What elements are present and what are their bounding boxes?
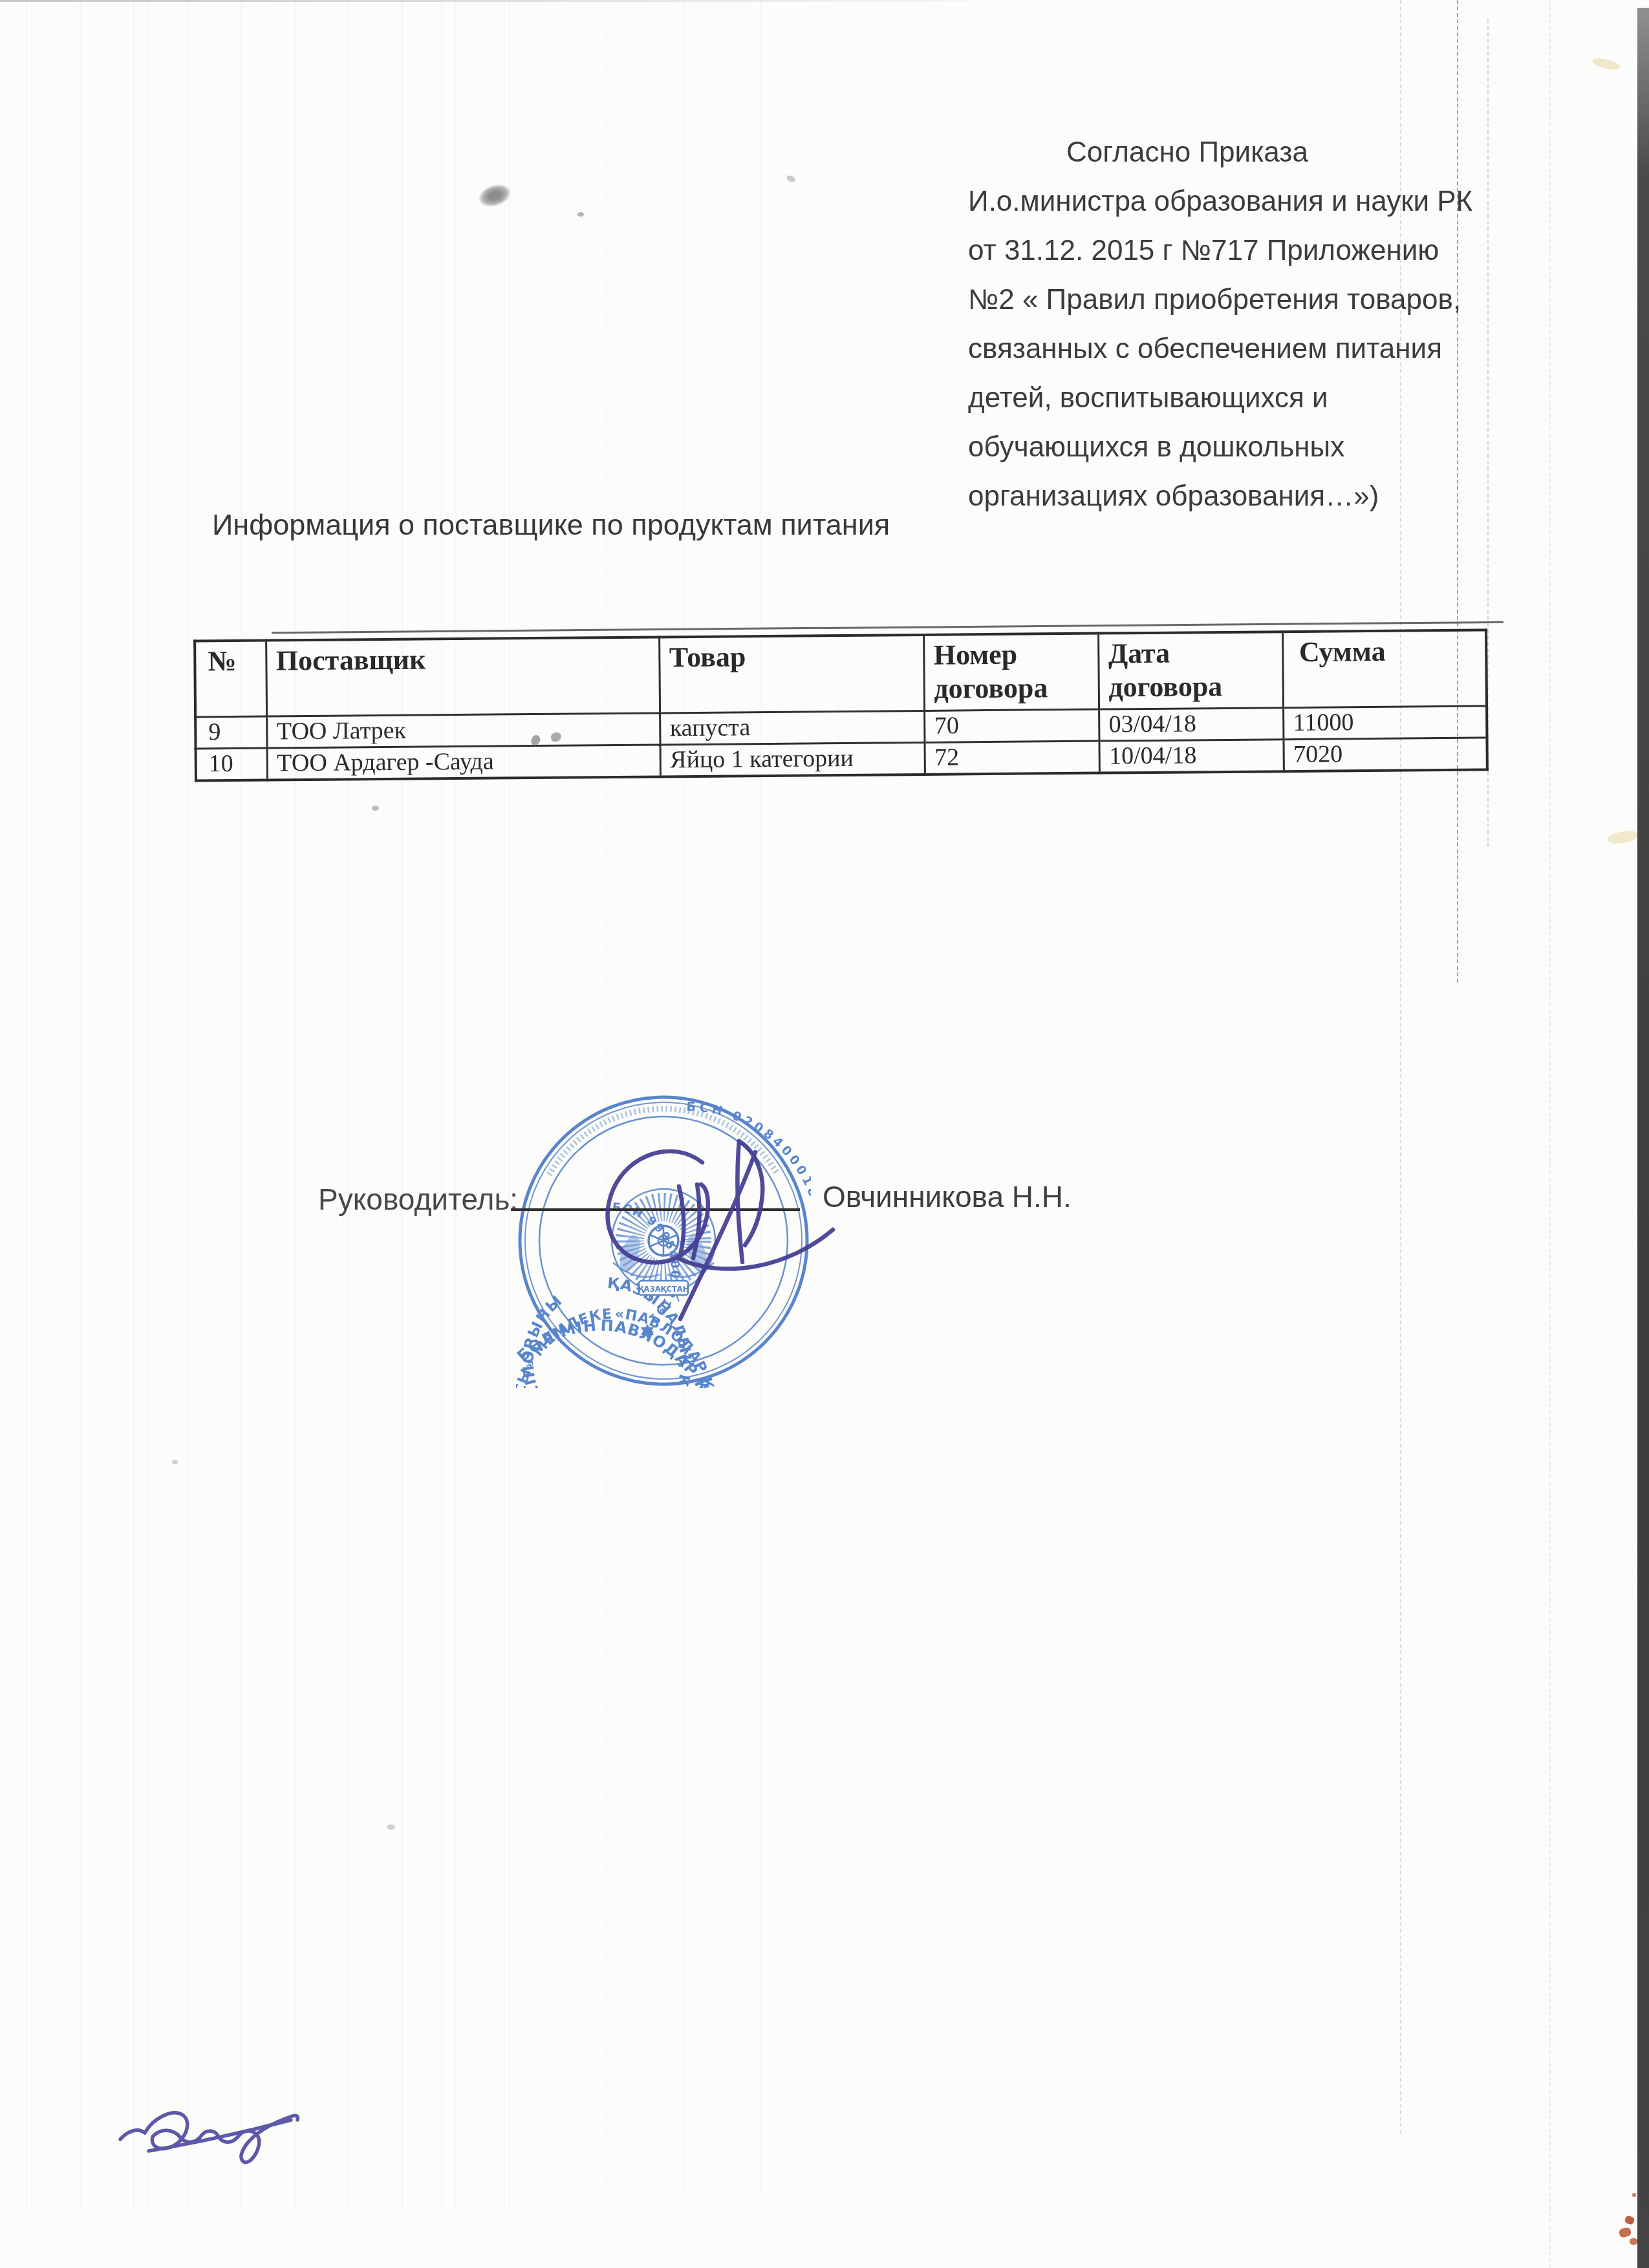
paper-speck bbox=[372, 806, 379, 811]
column-header-product: Товар bbox=[659, 635, 924, 713]
column-header-supplier: Поставщик bbox=[266, 637, 660, 716]
scanned-document-page: Согласно Приказа И.о.министра образовани… bbox=[0, 0, 1649, 2268]
cell-supplier: ТОО Латрек bbox=[266, 713, 660, 748]
header-note-line: И.о.министра образования и науки РК bbox=[968, 177, 1485, 226]
page-title: Информация о поставщике по продуктам пит… bbox=[212, 508, 890, 542]
cell-number: 9 bbox=[195, 716, 266, 749]
scan-streaks-left bbox=[26, 0, 517, 2211]
scan-line-artifact bbox=[1549, 0, 1551, 2268]
header-note-line: №2 « Правил приобретения товаров, bbox=[968, 275, 1485, 325]
rust-speck bbox=[1632, 2193, 1636, 2197]
header-note-line: детей, воспитывающихся и bbox=[968, 374, 1485, 423]
cell-product: капуста bbox=[660, 711, 924, 744]
header-note-line: от 31.12. 2015 г №717 Приложению bbox=[968, 226, 1485, 275]
header-note: Согласно Приказа И.о.министра образовани… bbox=[968, 128, 1485, 521]
cell-contract-date: 10/04/18 bbox=[1099, 740, 1283, 773]
cell-product: Яйцо 1 категории bbox=[660, 742, 925, 776]
table-header-row: № Поставщик Товар Номер договора Дата до… bbox=[195, 630, 1487, 717]
column-header-number: № bbox=[195, 641, 266, 717]
cell-amount: 11000 bbox=[1283, 706, 1487, 740]
column-header-contract-number: Номер договора bbox=[923, 634, 1099, 711]
header-note-line: организациях образования…») bbox=[968, 472, 1485, 521]
rust-speck bbox=[1630, 2238, 1637, 2245]
handwritten-signature bbox=[110, 2091, 317, 2188]
header-note-line: обучающихся в дошкольных bbox=[968, 423, 1485, 472]
column-header-contract-date: Дата договора bbox=[1098, 632, 1283, 709]
cell-supplier: ТОО Ардагер -Сауда bbox=[267, 745, 660, 780]
paper-speck bbox=[387, 1824, 395, 1830]
cell-contract-number: 72 bbox=[924, 741, 1099, 775]
cell-amount: 7020 bbox=[1283, 738, 1487, 771]
rust-speck bbox=[1618, 2227, 1632, 2238]
header-note-line: Согласно Приказа bbox=[968, 128, 1485, 177]
rust-speck bbox=[1624, 2215, 1635, 2225]
stamp-signature bbox=[582, 1125, 854, 1338]
header-note-line: связанных с обеспечением питания bbox=[968, 325, 1485, 374]
column-header-amount: Сумма bbox=[1282, 630, 1487, 707]
paper-stain bbox=[1591, 56, 1621, 72]
cell-contract-number: 70 bbox=[924, 709, 1099, 742]
paper-stain bbox=[1607, 829, 1639, 846]
suppliers-table: № Поставщик Товар Номер договора Дата до… bbox=[193, 628, 1489, 782]
director-name: Овчинникова Н.Н. bbox=[823, 1179, 1072, 1214]
scan-right-edge bbox=[1637, 8, 1649, 2268]
director-label: Руководитель: bbox=[318, 1182, 518, 1217]
scan-top-edge bbox=[0, 0, 970, 2]
cell-number: 10 bbox=[196, 748, 267, 780]
paper-speck bbox=[577, 212, 584, 217]
cell-contract-date: 03/04/18 bbox=[1099, 708, 1283, 741]
paper-speck bbox=[172, 1460, 178, 1464]
